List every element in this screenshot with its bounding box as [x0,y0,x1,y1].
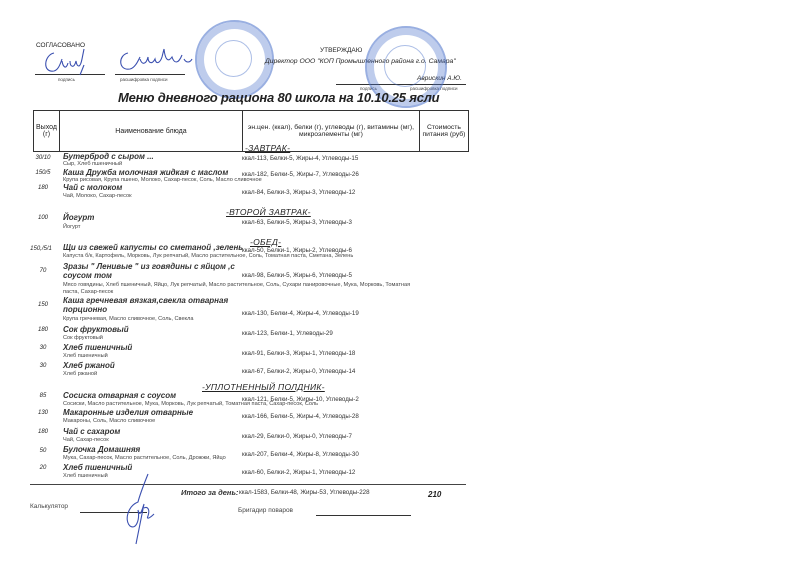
company-stamp-inner [384,45,426,87]
item-nutrition: ккал-113, Белки-5, Жиры-4, Углеводы-15 [242,155,358,162]
item-ingredients: Хлеб ржаной [63,371,97,377]
item-nutrition: ккал-166, Белки-5, Жиры-4, Углеводы-28 [242,413,359,420]
left-signature-icon [40,45,200,80]
item-ingredients: Хлеб пшеничный [63,353,108,359]
item-name: Хлеб ржаной [63,361,115,370]
section-breakfast-title: -ЗАВТРАК- [245,143,290,153]
item-nutrition: ккал-50, Белки-1, Жиры-2, Углеводы-6 [242,247,352,254]
item-ingredients: Чай, Молоко, Сахар-песок [63,193,132,199]
item-output: 85 [30,393,56,399]
calculator-label: Калькулятор [30,503,68,510]
item-name: Макаронные изделия отварные [63,408,193,417]
item-nutrition: ккал-130, Белки-4, Жиры-4, Углеводы-19 [242,310,359,317]
item-ingredients: Макароны, Соль, Масло сливочное [63,418,155,424]
item-output: 20 [30,465,56,471]
item-nutrition: ккал-91, Белки-3, Жиры-1, Углеводы-18 [242,350,355,357]
item-name: Хлеб пшеничный [63,343,132,352]
item-output: 150 [30,302,56,308]
item-name: Сок фруктовый [63,325,129,334]
item-nutrition: ккал-207, Белки-4, Жиры-8, Углеводы-30 [242,451,359,458]
item-ingredients: Мясо говядины, Хлеб пшеничный, Яйцо, Лук… [63,282,413,296]
total-label: Итого за день: [181,488,238,497]
item-nutrition: ккал-182, Белки-5, Жиры-7, Углеводы-26 [242,171,359,178]
total-cost: 210 [428,490,441,499]
item-output: 180 [30,185,56,191]
item-name: Щи из свежей капусты со сметаной ,зелень [63,243,243,252]
item-nutrition: ккал-123, Белки-1, Углеводы-29 [242,330,333,337]
school-stamp-inner [215,40,252,77]
item-nutrition: ккал-121, Белки-5, Жиры-10, Углеводы-2 [242,396,359,403]
col-cost-header: Стоимость питания (руб) [419,111,468,152]
item-ingredients: Хлеб пшеничный [63,473,108,479]
item-name: Булочка Домашняя [63,445,140,454]
item-ingredients: Крупа гречневая, Масло сливочное, Соль, … [63,316,193,322]
item-nutrition: ккал-67, Белки-2, Жиры-0, Углеводы-14 [242,368,355,375]
item-output: 30 [30,345,56,351]
item-output: 50 [30,448,56,454]
calculator-signature-icon [110,470,170,550]
item-name: Йогурт [63,213,94,222]
chef-label: Бригадир поваров [238,507,293,514]
item-output: 30 [30,363,56,369]
col-name-header: Наименование блюда [59,111,242,152]
page-title: Меню дневного рациона 80 школа на 10.10.… [118,90,439,105]
chef-signature-line [316,515,411,516]
item-name: Сосиска отварная с соусом [63,391,176,400]
item-name: Бутерброд с сыром ... [63,152,154,161]
item-nutrition: ккал-63, Белки-5, Жиры-3, Углеводы-3 [242,219,352,226]
item-output: 180 [30,429,56,435]
item-ingredients: Йогурт [63,224,80,230]
section-second-breakfast-title: -ВТОРОЙ ЗАВТРАК- [226,207,311,217]
item-nutrition: ккал-60, Белки-2, Жиры-1, Углеводы-12 [242,469,355,476]
total-divider [30,484,466,485]
item-ingredients: Мука, Сахар-песок, Масло растительное, С… [63,455,226,461]
item-ingredients: Чай, Сахар-песок [63,437,109,443]
item-output: 70 [30,268,56,274]
approve-label: УТВЕРЖДАЮ [320,47,362,54]
total-nutrition: ккал-1583, Белки-48, Жиры-53, Углеводы-2… [239,489,370,496]
item-name: Зразы " Ленивые " из говядины с яйцом ,с… [63,262,238,280]
item-output: 180 [30,327,56,333]
item-ingredients: Сок фруктовый [63,335,103,341]
col-output-header: Выход (г) [34,111,60,152]
item-nutrition: ккал-29, Белки-0, Жиры-0, Углеводы-7 [242,433,352,440]
item-nutrition: ккал-84, Белки-3, Жиры-3, Углеводы-12 [242,189,355,196]
item-ingredients: Сыр, Хлеб пшеничный [63,161,122,167]
item-nutrition: ккал-98, Белки-5, Жиры-6, Углеводы-5 [242,272,352,279]
item-output: 130 [30,410,56,416]
item-output: 100 [30,215,56,221]
item-name: Чай с молоком [63,183,122,192]
item-name: Каша гречневая вязкая,свекла отварная по… [63,296,243,314]
section-lunch-title: -ОБЕД- [250,237,281,247]
item-output: 30/10 [30,155,56,161]
item-name: Чай с сахаром [63,427,120,436]
section-afternoon-snack-title: -УПЛОТНЕННЫЙ ПОЛДНИК- [202,382,325,392]
item-output: 150,/5/1 [28,246,54,252]
item-output: 150/5 [30,170,56,176]
item-name: Каша Дружба молочная жидкая с маслом [63,168,228,177]
